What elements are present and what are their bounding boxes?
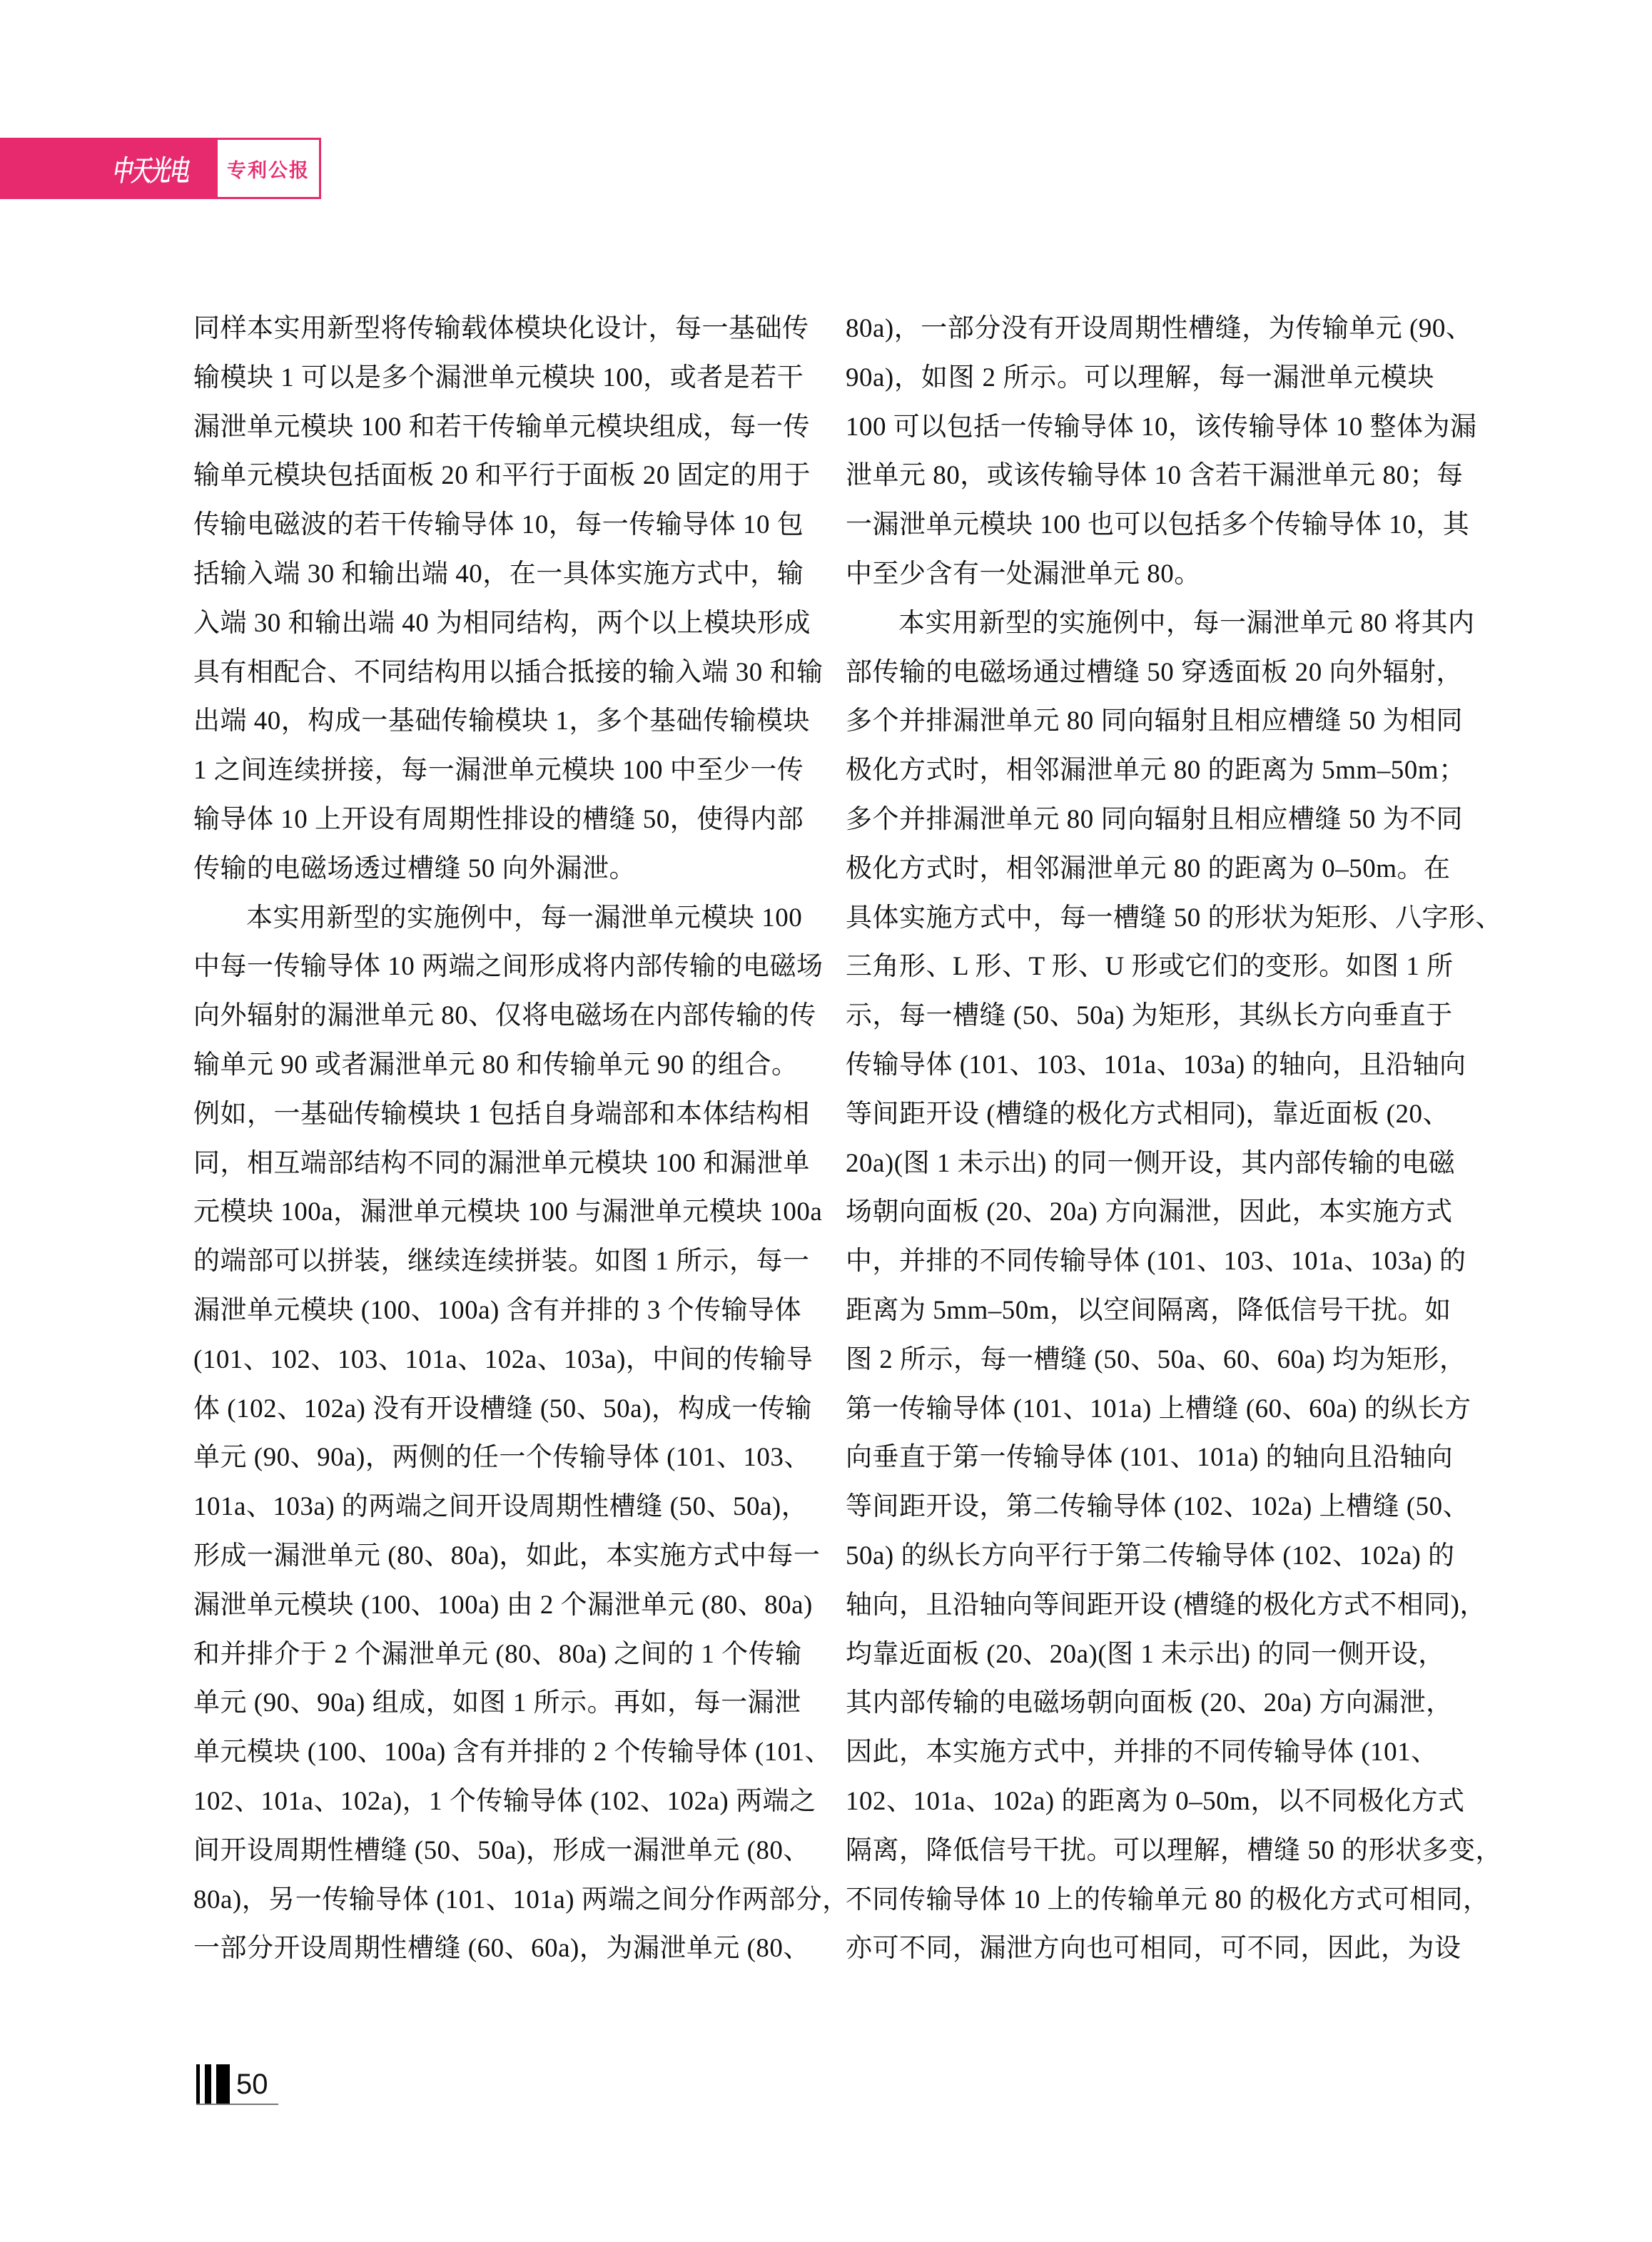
text-line: 同样本实用新型将传输载体模块化设计，每一基础传	[193, 305, 787, 354]
text-line: 多个并排漏泄单元 80 同向辐射且相应槽缝 50 为相同	[846, 697, 1434, 746]
text-line: 三角形、L 形、T 形、U 形或它们的变形。如图 1 所	[846, 943, 1434, 992]
text-line: 一漏泄单元模块 100 也可以包括多个传输导体 10，其	[846, 501, 1434, 550]
text-column-right: 80a)，一部分没有开设周期性槽缝，为传输单元 (90、90a)，如图 2 所示…	[846, 305, 1434, 1974]
text-line: 图 2 所示，每一槽缝 (50、50a、60、60a) 均为矩形，	[846, 1336, 1434, 1385]
text-line: 向垂直于第一传输导体 (101、101a) 的轴向且沿轴向	[846, 1434, 1434, 1483]
text-line: 具体实施方式中，每一槽缝 50 的形状为矩形、八字形、	[846, 894, 1434, 943]
text-line: 传输电磁波的若干传输导体 10，每一传输导体 10 包	[193, 501, 787, 550]
text-line: 体 (102、102a) 没有开设槽缝 (50、50a)，构成一传输	[193, 1385, 787, 1434]
text-line: 示，每一槽缝 (50、50a) 为矩形，其纵长方向垂直于	[846, 992, 1434, 1041]
text-line: 元模块 100a，漏泄单元模块 100 与漏泄单元模块 100a	[193, 1188, 787, 1237]
text-line: 具有相配合、不同结构用以插合抵接的输入端 30 和输	[193, 649, 787, 698]
text-line: 括输入端 30 和输出端 40，在一具体实施方式中，输	[193, 550, 787, 599]
text-line: 50a) 的纵长方向平行于第二传输导体 (102、102a) 的	[846, 1532, 1434, 1581]
text-line: 1 之间连续拼接，每一漏泄单元模块 100 中至少一传	[193, 746, 787, 796]
text-line: 本实用新型的实施例中，每一漏泄单元模块 100	[193, 894, 787, 943]
page-marker-bars-icon	[196, 2064, 230, 2104]
text-line: 单元模块 (100、100a) 含有并排的 2 个传输导体 (101、	[193, 1728, 787, 1777]
text-line: 入端 30 和输出端 40 为相同结构，两个以上模块形成	[193, 599, 787, 649]
patent-gazette-page: 中天光电 专利公报 同样本实用新型将传输载体模块化设计，每一基础传输模块 1 可…	[0, 0, 1652, 2242]
text-line: 轴向，且沿轴向等间距开设 (槽缝的极化方式不相同)，	[846, 1581, 1434, 1630]
gazette-badge: 专利公报	[216, 138, 321, 199]
page-number: 50	[236, 2069, 268, 2100]
text-line: 输模块 1 可以是多个漏泄单元模块 100，或者是若干	[193, 354, 787, 403]
text-line: 间开设周期性槽缝 (50、50a)，形成一漏泄单元 (80、	[193, 1827, 787, 1876]
text-line: 101a、103a) 的两端之间开设周期性槽缝 (50、50a)，	[193, 1483, 787, 1532]
text-line: 80a)，一部分没有开设周期性槽缝，为传输单元 (90、	[846, 305, 1434, 354]
text-line: 输单元模块包括面板 20 和平行于面板 20 固定的用于	[193, 452, 787, 501]
text-line: 其内部传输的电磁场朝向面板 (20、20a) 方向漏泄，	[846, 1679, 1434, 1728]
text-line: 不同传输导体 10 上的传输单元 80 的极化方式可相同，	[846, 1876, 1434, 1925]
text-line: 输导体 10 上开设有周期性排设的槽缝 50，使得内部	[193, 796, 787, 845]
text-line: 单元 (90、90a)，两侧的任一个传输导体 (101、103、	[193, 1434, 787, 1483]
text-line: 中，并排的不同传输导体 (101、103、101a、103a) 的	[846, 1237, 1434, 1287]
text-line: 102、101a、102a)，1 个传输导体 (102、102a) 两端之	[193, 1777, 787, 1827]
text-line: 距离为 5mm–50m，以空间隔离，降低信号干扰。如	[846, 1287, 1434, 1336]
text-line: 输单元 90 或者漏泄单元 80 和传输单元 90 的组合。	[193, 1041, 787, 1090]
text-line: 和并排介于 2 个漏泄单元 (80、80a) 之间的 1 个传输	[193, 1630, 787, 1680]
text-line: 漏泄单元模块 100 和若干传输单元模块组成，每一传	[193, 403, 787, 452]
text-line: 泄单元 80，或该传输导体 10 含若干漏泄单元 80；每	[846, 452, 1434, 501]
text-line: 第一传输导体 (101、101a) 上槽缝 (60、60a) 的纵长方	[846, 1385, 1434, 1434]
text-line: 等间距开设，第二传输导体 (102、102a) 上槽缝 (50、	[846, 1483, 1434, 1532]
text-line: (101、102、103、101a、102a、103a)，中间的传输导	[193, 1336, 787, 1385]
text-line: 80a)，另一传输导体 (101、101a) 两端之间分作两部分，	[193, 1876, 787, 1925]
text-line: 隔离，降低信号干扰。可以理解，槽缝 50 的形状多变，	[846, 1827, 1434, 1876]
text-line: 例如，一基础传输模块 1 包括自身端部和本体结构相	[193, 1090, 787, 1140]
text-line: 形成一漏泄单元 (80、80a)，如此，本实施方式中每一	[193, 1532, 787, 1581]
text-line: 中每一传输导体 10 两端之间形成将内部传输的电磁场	[193, 943, 787, 992]
footer-rule	[196, 2104, 278, 2105]
text-line: 同，相互端部结构不同的漏泄单元模块 100 和漏泄单	[193, 1140, 787, 1189]
text-line: 向外辐射的漏泄单元 80、仅将电磁场在内部传输的传	[193, 992, 787, 1041]
text-line: 传输的电磁场透过槽缝 50 向外漏泄。	[193, 845, 787, 894]
text-line: 等间距开设 (槽缝的极化方式相同)，靠近面板 (20、	[846, 1090, 1434, 1140]
text-line: 极化方式时，相邻漏泄单元 80 的距离为 0–50m。在	[846, 845, 1434, 894]
text-line: 因此，本实施方式中，并排的不同传输导体 (101、	[846, 1728, 1434, 1777]
text-line: 多个并排漏泄单元 80 同向辐射且相应槽缝 50 为不同	[846, 796, 1434, 845]
text-line: 出端 40，构成一基础传输模块 1，多个基础传输模块	[193, 697, 787, 746]
text-line: 90a)，如图 2 所示。可以理解，每一漏泄单元模块	[846, 354, 1434, 403]
text-line: 的端部可以拼装，继续连续拼装。如图 1 所示，每一	[193, 1237, 787, 1287]
text-line: 本实用新型的实施例中，每一漏泄单元 80 将其内	[846, 599, 1434, 649]
brand-logo: 中天光电	[104, 138, 196, 199]
text-line: 漏泄单元模块 (100、100a) 由 2 个漏泄单元 (80、80a)	[193, 1581, 787, 1630]
text-line: 中至少含有一处漏泄单元 80。	[846, 550, 1434, 599]
text-line: 亦可不同，漏泄方向也可相同，可不同，因此，为设	[846, 1924, 1434, 1974]
text-line: 20a)(图 1 未示出) 的同一侧开设，其内部传输的电磁	[846, 1140, 1434, 1189]
text-line: 均靠近面板 (20、20a)(图 1 未示出) 的同一侧开设，	[846, 1630, 1434, 1680]
gazette-badge-label: 专利公报	[227, 155, 310, 183]
text-column-left: 同样本实用新型将传输载体模块化设计，每一基础传输模块 1 可以是多个漏泄单元模块…	[193, 305, 787, 1974]
brand-header-bar: 中天光电	[0, 138, 216, 199]
text-line: 部传输的电磁场通过槽缝 50 穿透面板 20 向外辐射，	[846, 649, 1434, 698]
text-line: 102、101a、102a) 的距离为 0–50m，以不同极化方式	[846, 1777, 1434, 1827]
text-line: 极化方式时，相邻漏泄单元 80 的距离为 5mm–50m；	[846, 746, 1434, 796]
text-line: 传输导体 (101、103、101a、103a) 的轴向，且沿轴向	[846, 1041, 1434, 1090]
text-line: 单元 (90、90a) 组成，如图 1 所示。再如，每一漏泄	[193, 1679, 787, 1728]
text-line: 一部分开设周期性槽缝 (60、60a)，为漏泄单元 (80、	[193, 1924, 787, 1974]
text-line: 漏泄单元模块 (100、100a) 含有并排的 3 个传输导体	[193, 1287, 787, 1336]
text-line: 100 可以包括一传输导体 10，该传输导体 10 整体为漏	[846, 403, 1434, 452]
page-footer: 50	[196, 2064, 282, 2105]
text-line: 场朝向面板 (20、20a) 方向漏泄，因此，本实施方式	[846, 1188, 1434, 1237]
